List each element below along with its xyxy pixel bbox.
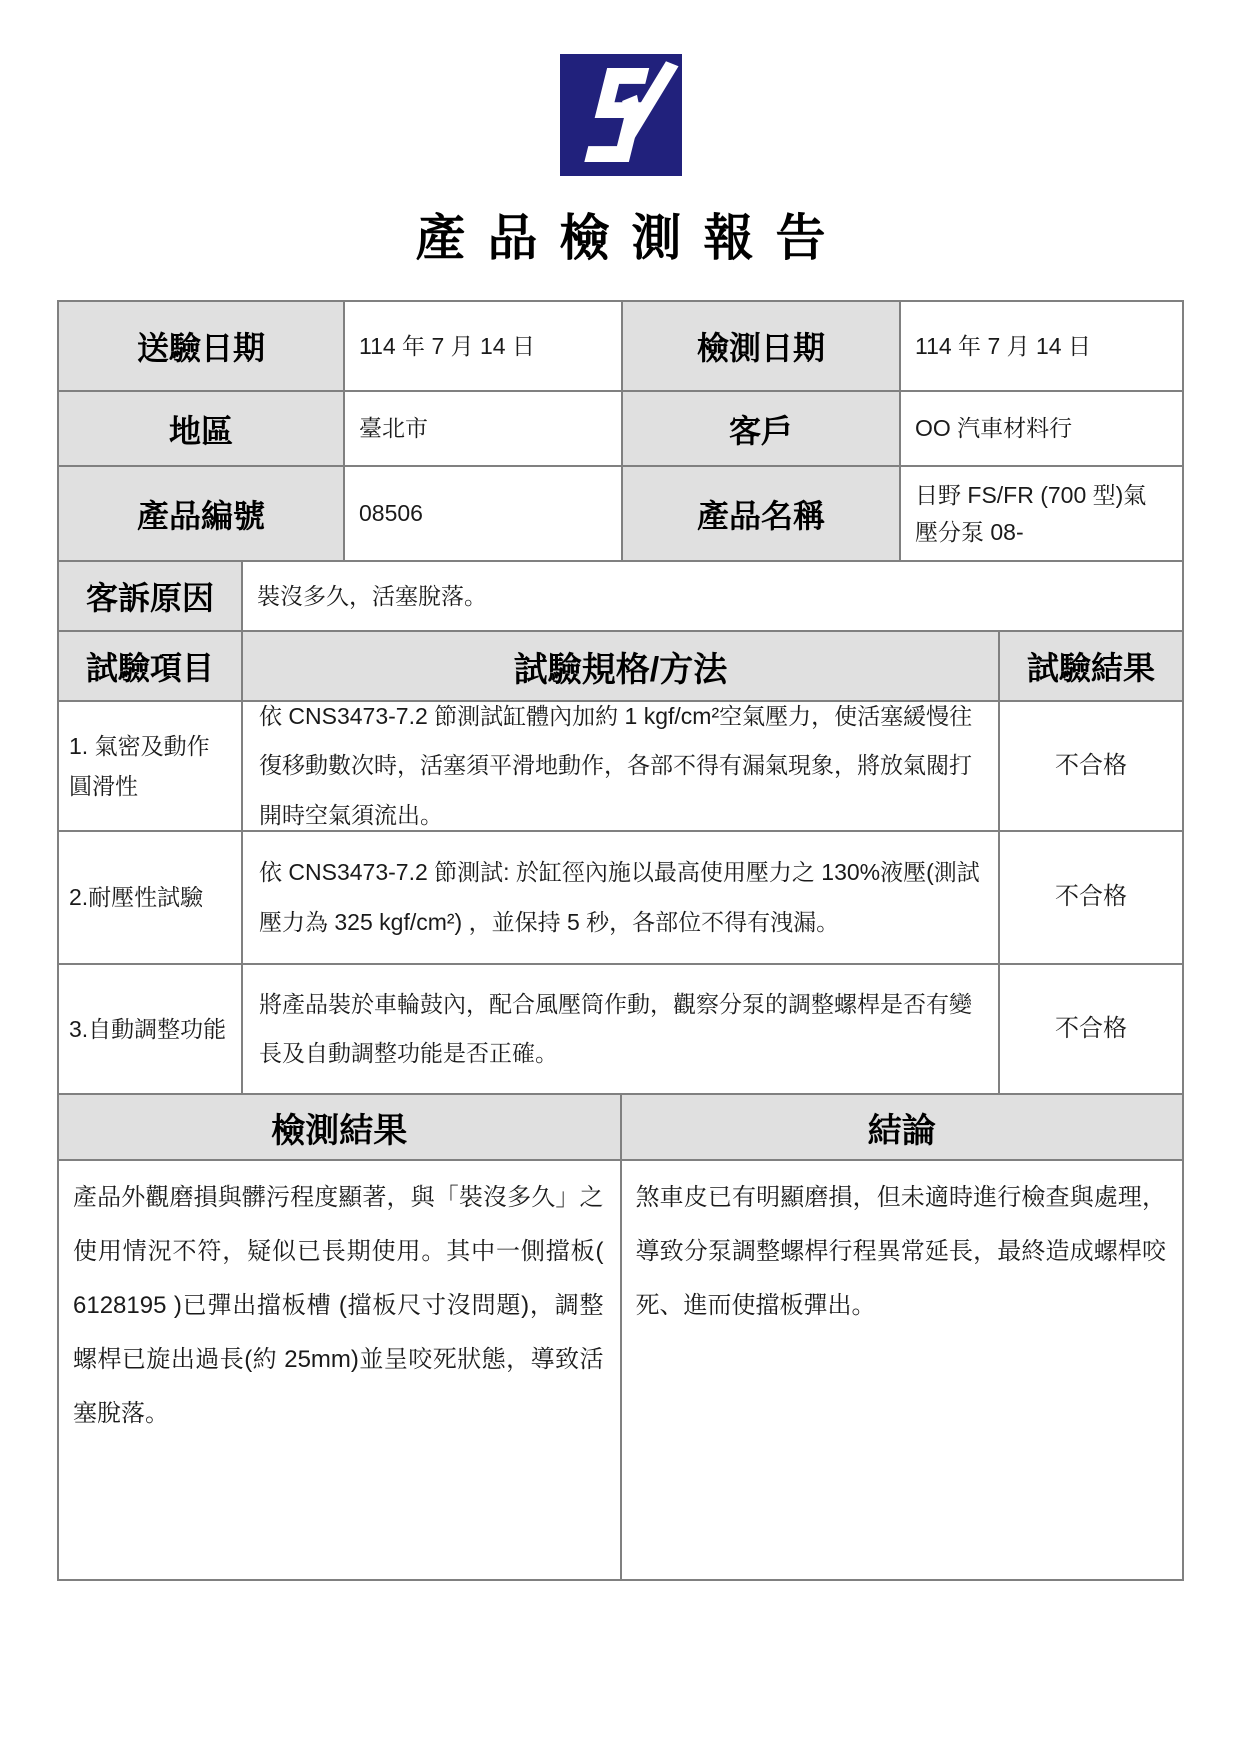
logo-container bbox=[0, 0, 1241, 176]
label-test-date: 檢測日期 bbox=[623, 302, 901, 392]
label-submission-date: 送驗日期 bbox=[59, 302, 345, 392]
value-product-name: 日野 FS/FR (700 型)氣壓分泵 08- bbox=[901, 467, 1184, 562]
header-test-result: 試驗結果 bbox=[1000, 632, 1184, 702]
value-region: 臺北市 bbox=[345, 392, 623, 467]
label-product-number: 產品編號 bbox=[59, 467, 345, 562]
summary-section: 檢測結果 結論 產品外觀磨損與髒污程度顯著，與「裝沒多久」之使用情況不符，疑似已… bbox=[59, 1095, 1184, 1581]
report-table: 送驗日期 114 年 7 月 14 日 檢測日期 114 年 7 月 14 日 … bbox=[57, 300, 1184, 1581]
test-row-3-item: 3.自動調整功能 bbox=[59, 965, 243, 1095]
value-product-number: 08506 bbox=[345, 467, 623, 562]
test-row-3-spec: 將產品裝於車輪鼓內，配合風壓筒作動，觀察分泵的調整螺桿是否有變長及自動調整功能是… bbox=[243, 965, 1000, 1095]
test-row-1-spec: 依 CNS3473-7.2 節測試缸體內加約 1 kgf/cm²空氣壓力，使活塞… bbox=[243, 702, 1000, 832]
complaint-section: 客訴原因 裝沒多久，活塞脫落。 bbox=[59, 562, 1184, 632]
header-test-spec: 試驗規格/方法 bbox=[243, 632, 1000, 702]
test-row-2-result: 不合格 bbox=[1000, 832, 1184, 965]
label-customer: 客戶 bbox=[623, 392, 901, 467]
sv-brand-logo-icon bbox=[560, 54, 682, 176]
page-title: 產品檢測報告 bbox=[22, 198, 1241, 270]
label-product-name: 產品名稱 bbox=[623, 467, 901, 562]
header-test-findings: 檢測結果 bbox=[59, 1095, 622, 1161]
test-row-1-result: 不合格 bbox=[1000, 702, 1184, 832]
test-row-2-spec: 依 CNS3473-7.2 節測試: 於缸徑內施以最高使用壓力之 130%液壓(… bbox=[243, 832, 1000, 965]
value-test-date: 114 年 7 月 14 日 bbox=[901, 302, 1184, 392]
test-row-3-result: 不合格 bbox=[1000, 965, 1184, 1095]
label-region: 地區 bbox=[59, 392, 345, 467]
value-submission-date: 114 年 7 月 14 日 bbox=[345, 302, 623, 392]
label-complaint-reason: 客訴原因 bbox=[59, 562, 243, 632]
test-findings-text: 產品外觀磨損與髒污程度顯著，與「裝沒多久」之使用情況不符，疑似已長期使用。其中一… bbox=[59, 1161, 622, 1581]
test-row-1-item: 1. 氣密及動作圓滑性 bbox=[59, 702, 243, 832]
test-row-2-item: 2.耐壓性試驗 bbox=[59, 832, 243, 965]
value-customer: OO 汽車材料行 bbox=[901, 392, 1184, 467]
info-section: 送驗日期 114 年 7 月 14 日 檢測日期 114 年 7 月 14 日 … bbox=[59, 302, 1184, 562]
header-conclusion: 結論 bbox=[622, 1095, 1185, 1161]
header-test-item: 試驗項目 bbox=[59, 632, 243, 702]
tests-section: 試驗項目 試驗規格/方法 試驗結果 1. 氣密及動作圓滑性 依 CNS3473-… bbox=[59, 632, 1184, 1095]
conclusion-text: 煞車皮已有明顯磨損，但未適時進行檢查與處理，導致分泵調整螺桿行程異常延長，最終造… bbox=[622, 1161, 1185, 1581]
value-complaint-reason: 裝沒多久，活塞脫落。 bbox=[243, 562, 1184, 632]
